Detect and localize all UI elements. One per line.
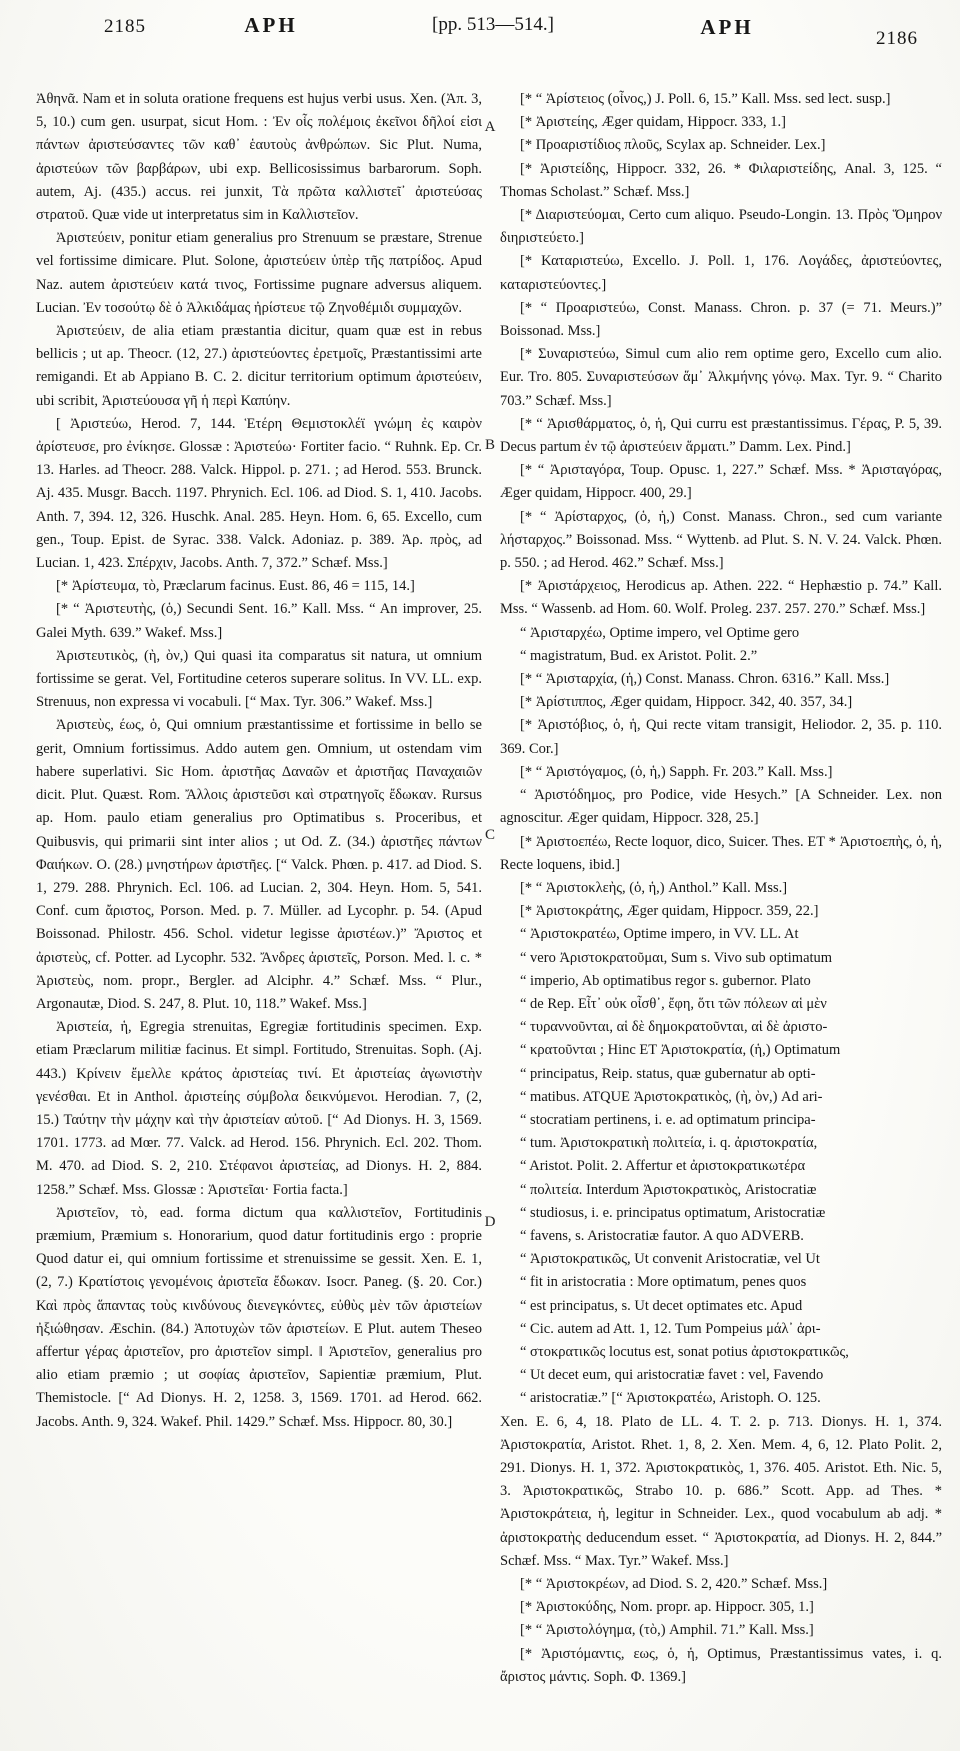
- paragraph: [* Ἀριστοκράτης, Æger quidam, Hippocr. 3…: [500, 900, 942, 923]
- text-line: “ στοκρατικῶς locutus est, sonat potius …: [500, 1341, 942, 1364]
- text-line: “ vero Ἀριστοκρατοῦμαι, Sum s. Vivo sub …: [500, 947, 942, 970]
- paragraph: [* Ἀριστοεπέω, Recte loquor, dico, Suice…: [500, 831, 942, 877]
- paragraph: [* Συναριστεύω, Simul cum alio rem optim…: [500, 343, 942, 413]
- section-letter-d: D: [482, 1214, 498, 1231]
- paragraph: [* Ἀριστόβιος, ὁ, ἡ, Qui recte vitam tra…: [500, 714, 942, 760]
- paragraph: [* Ἀριστείης, Æger quidam, Hippocr. 333,…: [500, 111, 942, 134]
- text-line: “ κρατοῦνται ; Hinc ET Ἀριστοκρατία, (ἡ,…: [500, 1039, 942, 1062]
- text-line: “ fit in aristocratia : More optimatum, …: [500, 1271, 942, 1294]
- paragraph: [* “ Ἀρισταγόρα, Toup. Opusc. 1, 227.” S…: [500, 459, 942, 505]
- text-line: “ πολιτεία. Interdum Ἀριστοκρατικὸς, Ari…: [500, 1179, 942, 1202]
- running-head-left: ΑΡΗ: [236, 13, 306, 38]
- text-line: “ Ἀρισταρχέω, Optime impero, vel Optime …: [500, 622, 942, 645]
- text-line: “ Cic. autem ad Att. 1, 12. Tum Pompeius…: [500, 1318, 942, 1341]
- paragraph: Ἀριστεύειν, de alia etiam præstantia dic…: [36, 320, 482, 413]
- paragraph: [* Διαριστεύομαι, Certo cum aliquo. Pseu…: [500, 204, 942, 250]
- page-number-left: 2185: [104, 16, 146, 38]
- page-number-right: 2186: [876, 28, 918, 50]
- paragraph: [* Ἀριστόμαντις, εως, ὁ, ἡ, Optimus, Præ…: [500, 1643, 942, 1689]
- paragraph: [* Ἀρίστευμα, τὸ, Præclarum facinus. Eus…: [36, 575, 482, 598]
- paragraph: Ἀριστεὺς, έως, ὁ, Qui omnium præstantiss…: [36, 714, 482, 1016]
- text-line: “ matibus. ATQUE Ἀριστοκρατικὸς, (ὴ, ὸν,…: [500, 1086, 942, 1109]
- paragraph: “ Ἀριστόδημος, pro Podice, vide Hesych.”…: [500, 784, 942, 830]
- paragraph: Ἀθηνᾶ. Nam et in soluta oratione frequen…: [36, 88, 482, 227]
- paragraph: [* Ἀριστάρχειος, Herodicus ap. Athen. 22…: [500, 575, 942, 621]
- section-letter-a: A: [482, 119, 498, 136]
- text-line: “ stocratiam pertinens, i. e. ad optimat…: [500, 1109, 942, 1132]
- paragraph: [* “ Ἀριστευτὴς, (ὁ,) Secundi Sent. 16.”…: [36, 598, 482, 644]
- text-line: “ principatus, Reip. status, quæ guberna…: [500, 1063, 942, 1086]
- paragraph: [ Ἀριστεύω, Herod. 7, 144. Ἑτέρη Θεμιστο…: [36, 413, 482, 575]
- text-line: “ Ἀριστοκρατέω, Optime impero, in VV. LL…: [500, 923, 942, 946]
- paragraph: [* “ Ἀρισταρχία, (ἡ,) Const. Manass. Chr…: [500, 668, 942, 691]
- text-line: “ Aristot. Polit. 2. Affertur et ἀριστοκ…: [500, 1155, 942, 1178]
- section-letter-c: C: [482, 827, 498, 844]
- paragraph: [* Ἀρίστιππος, Æger quidam, Hippocr. 342…: [500, 691, 942, 714]
- paragraph: [* “ Ἀριστόγαμος, (ὁ, ἡ,) Sapph. Fr. 203…: [500, 761, 942, 784]
- paragraph: [* “ Ἀριστοκρέων, ad Diod. S. 2, 420.” S…: [500, 1573, 942, 1596]
- quoted-block: “ Ἀρισταρχέω, Optime impero, vel Optime …: [500, 622, 942, 668]
- text-column-left: Ἀθηνᾶ. Nam et in soluta oratione frequen…: [36, 88, 482, 1434]
- text-line: “ magistratum, Bud. ex Aristot. Polit. 2…: [500, 645, 942, 668]
- paragraph: Ἀριστεύειν, ponitur etiam generalius pro…: [36, 227, 482, 320]
- quoted-block: “ Ἀριστοκρατέω, Optime impero, in VV. LL…: [500, 923, 942, 1410]
- paragraph: Xen. E. 6, 4, 18. Plato de LL. 4. T. 2. …: [500, 1411, 942, 1573]
- paragraph: [* Καταριστεύω, Excello. J. Poll. 1, 176…: [500, 250, 942, 296]
- paragraph: [* “ Ἀριστολόγημα, (τὸ,) Amphil. 71.” Ka…: [500, 1619, 942, 1642]
- text-line: “ τυραννοῦνται, αἱ δὲ δημοκρατοῦνται, αἱ…: [500, 1016, 942, 1039]
- paragraph: [* “ Ἀριστοκλεὴς, (ὁ, ἡ,) Anthol.” Kall.…: [500, 877, 942, 900]
- paragraph: [* “ Προαριστεύω, Const. Manass. Chron. …: [500, 297, 942, 343]
- paragraph: [* Ἀριστοκύδης, Nom. propr. ap. Hippocr.…: [500, 1596, 942, 1619]
- running-head-right: ΑΡΗ: [692, 15, 762, 40]
- pages-reference: [pp. 513—514.]: [398, 14, 588, 36]
- text-line: “ imperio, Ab optimatibus regor s. guber…: [500, 970, 942, 993]
- paragraph: [* “ Ἀρίσταρχος, (ὁ, ἡ,) Const. Manass. …: [500, 506, 942, 576]
- lexicon-page: 2185 ΑΡΗ [pp. 513—514.] ΑΡΗ 2186 A B C D…: [0, 0, 960, 1751]
- text-line: “ tum. Ἀριστοκρατικὴ πολιτεία, i. q. ἀρι…: [500, 1132, 942, 1155]
- section-letter-b: B: [482, 437, 498, 454]
- paragraph: Ἀριστευτικὸς, (ὴ, ὸν,) Qui quasi ita com…: [36, 645, 482, 715]
- text-line: “ est principatus, s. Ut decet optimates…: [500, 1295, 942, 1318]
- paragraph: Ἀριστεία, ἡ, Egregia strenuitas, Egregiæ…: [36, 1016, 482, 1202]
- text-line: “ studiosus, i. e. principatus optimatum…: [500, 1202, 942, 1225]
- paragraph: [* Ἀριστείδης, Hippocr. 332, 26. * Φιλαρ…: [500, 158, 942, 204]
- text-line: “ aristocratiæ.” [“ Ἀριστοκρατέω, Aristo…: [500, 1387, 942, 1410]
- text-column-right: [* “ Ἀρίστειος (οἶνος,) J. Poll. 6, 15.”…: [500, 88, 942, 1689]
- text-line: “ Ut decet eum, qui aristocratiæ favet :…: [500, 1364, 942, 1387]
- paragraph: Ἀριστεῖον, τὸ, ead. forma dictum qua καλ…: [36, 1202, 482, 1434]
- paragraph: [* “ Ἀρίστειος (οἶνος,) J. Poll. 6, 15.”…: [500, 88, 942, 111]
- text-line: “ de Rep. Εἶτ᾽ οὐκ οἶσθ᾽, ἔφη, ὅτι τῶν π…: [500, 993, 942, 1016]
- paragraph: [* “ Ἀρισθάρματος, ὁ, ἡ, Qui curru est p…: [500, 413, 942, 459]
- text-line: “ favens, s. Aristocratiæ fautor. A quo …: [500, 1225, 942, 1248]
- paragraph: [* Προαριστίδιος πλοῦς, Scylax ap. Schne…: [500, 134, 942, 157]
- text-line: “ Ἀριστοκρατικῶς, Ut convenit Aristocrat…: [500, 1248, 942, 1271]
